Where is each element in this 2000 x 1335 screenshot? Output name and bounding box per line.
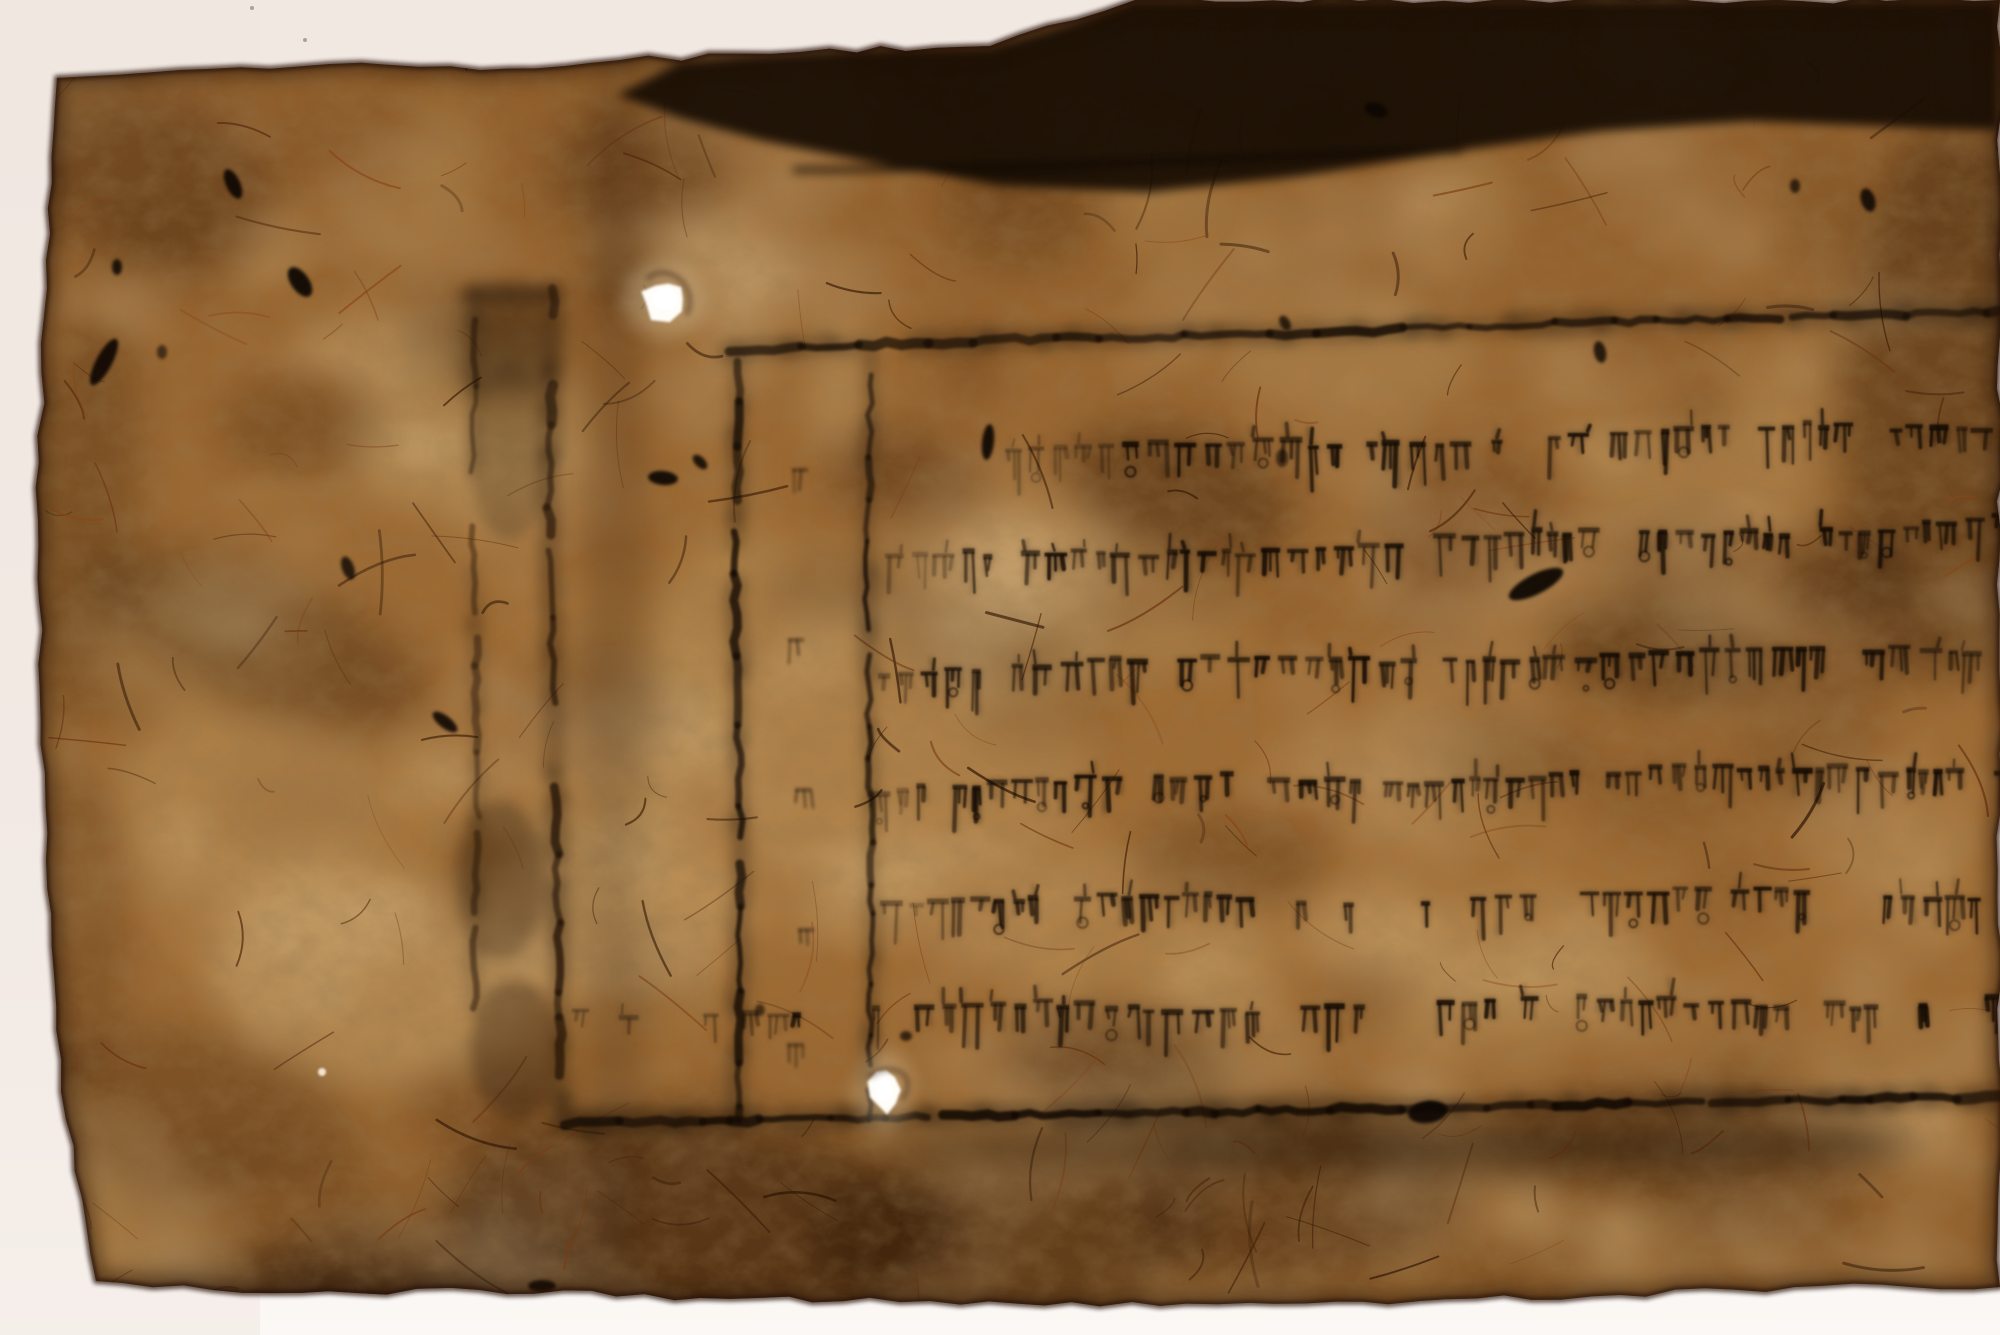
script-vowel-mark [1551,523,1552,530]
script-stem-mark [1202,556,1203,571]
script-vowel-mark [622,1004,623,1013]
script-stem-mark [925,556,926,588]
script-stem-mark [1628,896,1629,907]
script-stem-mark [1046,1003,1047,1025]
script-stem-mark [1970,522,1971,538]
script-stem-mark [1044,782,1045,805]
script-stem-mark [964,789,965,807]
script-stem-mark [1705,538,1706,550]
script-vowel-mark [1079,434,1080,443]
script-stem-mark [878,1010,879,1049]
script-stem-mark [1678,890,1679,910]
script-vowel-mark [933,659,934,670]
script-headline-mark [1087,658,1105,663]
script-stem-mark [1173,554,1175,567]
script-stem-mark [1835,427,1837,441]
frame-outer-left-rule [737,656,739,725]
script-stem-mark [1791,651,1793,670]
script-headline-mark [1138,555,1159,559]
script-vowel-mark [1287,424,1288,436]
script-stem-mark [1926,774,1927,783]
script-stem-mark [1619,436,1620,459]
script-stem-mark [1017,904,1018,914]
script-stem-mark [1638,896,1639,917]
script-stem-mark [1690,534,1691,546]
script-stem-mark [1962,899,1963,917]
script-headline-mark [1683,1003,1699,1007]
script-vowel-mark [1554,646,1555,653]
script-stem-mark [1466,446,1467,467]
script-stem-mark [1482,901,1483,939]
script-stem-mark [1830,531,1831,544]
script-stem-mark [977,1007,978,1048]
script-stem-mark [1661,655,1663,667]
margin-left-rule [476,752,480,817]
script-stem-mark [1749,772,1750,788]
script-stem-mark [898,558,899,567]
script-headline-mark [1164,896,1179,900]
script-stem-mark [793,1017,795,1026]
script-stem-mark [1062,557,1064,569]
script-stem-mark [1650,769,1651,779]
script-stem-mark [1238,557,1239,595]
script-stem-mark [1208,447,1209,464]
margin-column-patch [455,800,545,960]
script-headline-mark [1708,1001,1724,1005]
frame-top-rule [1555,320,1614,323]
script-vowel-mark [1534,511,1536,526]
script-stem-mark [1617,896,1618,916]
frame-bottom-rule [1712,1100,1788,1104]
script-vowel-mark [1311,429,1312,444]
script-stem-mark [1315,785,1317,799]
margin-glyph [789,640,790,663]
margin-right-rule [559,1018,562,1076]
script-stem-mark [1827,1005,1828,1017]
script-headline-mark [1061,662,1084,667]
script-stem-mark [1779,538,1781,553]
script-stem-mark [1693,1007,1694,1018]
script-vowel-mark [1739,873,1740,888]
script-stem-mark [1223,1012,1224,1046]
script-stem-mark [1337,781,1338,808]
script-stem-mark [1649,1005,1651,1028]
script-stem-mark [1492,661,1493,681]
script-stem-mark [1102,448,1103,472]
script-stem-mark [1256,660,1257,676]
script-stem-mark [1461,783,1463,811]
script-stem-mark [1241,902,1242,927]
script-stem-mark [1269,442,1270,456]
script-stem-mark [1756,533,1757,548]
script-stem-mark [705,1017,706,1025]
script-vowel-mark [1253,427,1254,436]
script-stem-mark [1182,782,1184,802]
script-vowel-mark [1116,544,1117,551]
margin-glyph [807,930,808,945]
script-stem-mark [1093,662,1095,694]
script-stem-mark [1013,668,1014,691]
frame-top-rule [1834,314,1906,317]
script-stem-mark [931,904,933,914]
frame-top-rule [1317,327,1403,333]
script-stem-mark [1473,664,1474,681]
script-vowel-mark [1350,649,1351,655]
script-stem-mark [1905,649,1907,673]
script-stem-mark [1825,430,1826,448]
script-stem-mark [889,558,890,593]
frame-outer-left-rule [738,906,741,991]
script-stem-mark [950,558,952,570]
script-stem-mark [1532,781,1534,798]
script-stem-mark [1880,533,1881,566]
script-stem-mark [1137,664,1139,693]
script-stem-mark [1038,782,1039,795]
script-stem-mark [1963,656,1965,693]
script-stem-mark [1925,524,1926,541]
manuscript-photo [0,0,2000,1335]
margin-left-rule [475,638,478,666]
script-stem-mark [1074,553,1075,569]
margin-right-rule-smudge [551,703,556,772]
script-stem-mark [953,902,954,936]
script-stem-mark [1304,905,1306,919]
frame-bottom-rule [1258,1109,1330,1112]
script-stem-mark [1919,428,1920,447]
script-stem-mark [910,676,911,688]
script-stem-mark [1556,440,1557,447]
script-vowel-mark [1747,516,1749,527]
frame-outer-left-rule [737,362,740,402]
script-stem-mark [1303,553,1304,572]
frame-outer-left-rule [738,992,741,1063]
script-stem-mark [1730,768,1731,807]
script-vowel-mark [1251,1002,1252,1009]
frame-top-rule [1403,325,1470,328]
script-vowel-mark [1013,891,1015,897]
script-stem-mark [1636,434,1638,454]
script-stem-mark [1102,897,1104,916]
script-headline-mark [1305,657,1323,662]
script-stem-mark [972,673,973,710]
script-stem-mark [1545,659,1546,678]
script-stem-mark [1734,894,1736,906]
script-stem-mark [976,790,977,822]
script-headline-mark [1648,650,1669,656]
script-stem-mark [1167,444,1168,475]
script-stem-mark [1442,448,1444,479]
script-headline-mark [1197,551,1216,556]
script-stem-mark [1867,535,1868,549]
script-stem-mark [1923,774,1924,793]
frame-top-rule [1656,318,1727,321]
dust-speck [303,38,307,42]
frame-top-rule [1792,315,1834,317]
script-stem-mark [1706,652,1707,694]
script-stem-mark [886,796,887,831]
ink-blob [755,1004,765,1016]
script-stem-mark [1816,772,1817,801]
script-stem-mark [1026,555,1027,583]
script-stem-mark [1987,999,1988,1010]
script-stem-mark [1665,1000,1666,1016]
script-stem-mark [1572,775,1573,786]
script-stem-mark [1746,1004,1748,1024]
frame-bottom-rule [1014,1113,1098,1116]
script-headline-mark [1450,441,1472,446]
script-vowel-mark [1671,979,1673,994]
frame-inner-left-rule [866,499,869,541]
script-stem-mark [873,1010,874,1019]
script-vowel-mark [1534,647,1536,656]
script-stem-mark [1957,654,1959,670]
script-stem-mark [1088,448,1090,457]
script-stem-mark [1227,899,1228,914]
dust-speck [250,6,254,10]
script-stem-mark [1858,1011,1860,1020]
script-stem-mark [1477,781,1478,790]
script-stem-mark [1784,429,1785,460]
script-vowel-mark [1186,884,1187,891]
frame-top-rule [928,343,972,345]
script-stem-mark [1108,781,1110,811]
script-stem-mark [1038,1003,1039,1011]
frame-top-rule [801,345,860,348]
script-stem-mark [1549,440,1550,478]
script-stem-mark [1111,660,1112,689]
script-vowel-mark [1230,534,1231,547]
script-stem-mark [999,1006,1001,1030]
script-stem-mark [1910,899,1912,923]
script-vowel-mark [1413,646,1414,657]
script-vowel-mark [1938,638,1940,646]
script-stem-mark [1843,768,1845,782]
script-stem-mark [1077,779,1078,790]
script-stem-mark [1741,772,1742,780]
script-stem-mark [1765,1009,1767,1027]
script-stem-mark [1143,898,1144,930]
script-stem-mark [1157,444,1158,455]
frame-bottom-rule [1556,1102,1628,1106]
script-stem-mark [1531,1001,1533,1020]
script-stem-mark [1249,557,1251,571]
script-stem-mark [1129,1009,1131,1017]
script-stem-mark [980,790,981,804]
script-stem-mark [1892,649,1893,666]
script-stem-mark [1323,551,1324,563]
script-stem-mark [1489,539,1490,581]
script-stem-mark [1351,783,1352,792]
script-stem-mark [1764,537,1766,548]
script-stem-mark [1720,1005,1721,1028]
script-stem-mark [1572,437,1574,445]
script-vowel-mark [1182,542,1184,548]
script-stem-mark [1628,775,1629,794]
frame-bottom-rule [1913,1097,1958,1100]
frame-outer-left-rule [737,1063,739,1108]
script-stem-mark [1309,661,1311,674]
script-stem-mark [1223,553,1225,564]
script-headline-mark [1920,648,1943,653]
script-stem-mark [1150,898,1152,919]
script-stem-mark [1584,999,1585,1010]
script-stem-mark [1882,776,1883,807]
script-stem-mark [1233,446,1235,468]
script-stem-mark [1954,899,1955,918]
script-stem-mark [1582,437,1583,453]
script-stem-mark [1395,445,1396,487]
script-stem-mark [1008,453,1009,460]
script-stem-mark [1221,899,1222,921]
script-stem-mark [905,676,906,702]
script-headline-mark [1021,550,1040,556]
script-vowel-mark [1034,650,1036,663]
script-stem-mark [926,676,927,686]
script-stem-mark [934,558,935,575]
script-stem-mark [1126,557,1127,594]
script-stem-mark [1263,660,1265,672]
margin-left-rule [473,320,476,386]
script-stem-mark [1947,899,1948,934]
script-stem-mark [1781,651,1783,674]
script-headline-mark [1521,996,1539,1001]
script-stem-mark [1665,534,1666,548]
script-stem-mark [1439,786,1440,819]
script-stem-mark [1662,534,1663,573]
frame-bottom-ghost-shadow [880,1117,1920,1173]
script-vowel-mark [1035,987,1036,997]
script-stem-mark [1931,430,1932,446]
script-stem-mark [1209,896,1210,907]
script-stem-mark [1264,552,1265,574]
script-stem-mark [1538,662,1540,679]
script-stem-mark [1683,890,1685,898]
script-stem-mark [1821,772,1823,789]
script-stem-mark [1631,1004,1633,1026]
script-stem-mark [1500,899,1501,934]
script-stem-mark [1337,1008,1338,1041]
script-stem-mark [1486,1003,1487,1017]
script-stem-mark [1781,892,1782,905]
script-stem-mark [1755,1009,1757,1027]
script-stem-mark [1786,1010,1787,1028]
script-stem-mark [871,796,872,806]
script-headline-mark [1278,656,1297,661]
script-vowel-mark [1242,543,1244,551]
script-stem-mark [1257,1015,1258,1031]
script-stem-mark [1251,902,1253,916]
script-stem-mark [1518,782,1520,796]
script-stem-mark [1498,444,1499,453]
script-stem-mark [1779,773,1781,783]
frame-bottom-rule [1187,1111,1215,1114]
script-vowel-mark [1820,511,1821,526]
script-stem-mark [1341,662,1343,678]
script-stem-mark [1767,431,1768,468]
script-stem-mark [1698,891,1699,909]
script-stem-mark [1390,785,1392,795]
script-headline-mark [1161,1009,1183,1015]
script-stem-mark [1144,664,1145,672]
ink-blob [1276,449,1288,467]
script-headline-mark [1071,549,1087,553]
script-stem-mark [1205,896,1206,920]
script-stem-mark [1612,436,1614,456]
script-stem-mark [1507,899,1508,908]
script-stem-mark [1761,1009,1762,1034]
script-stem-mark [1255,442,1257,460]
script-stem-mark [1332,662,1333,670]
margin-glyph [800,930,801,943]
script-stem-mark [985,559,987,576]
script-headline-mark [1033,999,1053,1003]
script-stem-mark [895,905,897,943]
script-stem-mark [1730,535,1732,545]
frame-bottom-rule [1098,1111,1187,1115]
ink-blob [900,1031,912,1041]
script-stem-mark [785,1017,786,1029]
script-stem-mark [629,1020,630,1034]
script-stem-mark [1077,666,1079,689]
script-stem-mark [1608,776,1609,786]
script-stem-mark [1913,772,1914,793]
script-stem-mark [1332,448,1333,464]
frame-outer-left-rule [734,532,736,574]
script-stem-mark [1200,780,1201,811]
frame-top-rule [1727,317,1780,319]
script-stem-mark [1582,532,1584,547]
frame-bottom-rule [1870,1097,1914,1100]
script-stem-mark [1207,780,1208,799]
frame-outer-left-rule [734,574,738,656]
script-vowel-mark [1588,426,1590,431]
script-stem-mark [1561,776,1563,795]
script-headline-mark [1462,536,1480,541]
script-stem-mark [1412,787,1413,807]
script-stem-mark [1798,895,1799,932]
script-stem-mark [1690,656,1691,675]
frame-inner-left-rule [870,843,873,885]
script-headline-mark [1725,648,1741,652]
script-stem-mark [1938,430,1939,442]
script-stem-mark [1683,767,1685,775]
script-vowel-mark [1779,760,1780,767]
script-stem-mark [927,1009,928,1025]
script-stem-mark [1653,655,1655,686]
script-stem-mark [1426,786,1427,807]
script-stem-mark [1872,654,1873,665]
script-stem-mark [1021,668,1022,689]
frame-outer-left-rule [736,446,739,500]
script-headline-mark [1624,892,1643,896]
script-stem-mark [1832,1005,1834,1025]
script-stem-mark [1552,659,1554,678]
script-stem-mark [1978,522,1980,560]
script-headline-mark [1452,779,1465,784]
pinhole [318,1068,326,1076]
script-stem-mark [1178,1014,1179,1033]
script-headline-mark [1673,887,1689,891]
script-stem-mark [1798,651,1799,664]
script-stem-mark [1345,907,1346,920]
script-stem-mark [980,901,982,909]
script-stem-mark [1734,1004,1735,1028]
script-stem-mark [1920,1008,1921,1027]
script-stem-mark [1920,774,1921,787]
script-headline-mark [1580,892,1599,896]
script-stem-mark [1502,664,1503,698]
script-stem-mark [1309,785,1310,793]
